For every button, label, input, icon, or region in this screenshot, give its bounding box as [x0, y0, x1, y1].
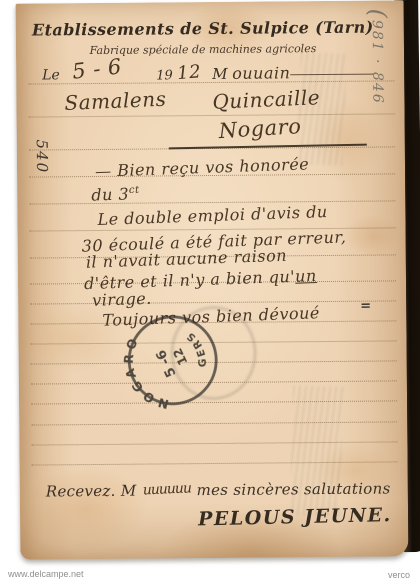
message-line: virage. [92, 289, 152, 310]
ruled-line [29, 200, 395, 204]
message-text: virage. [92, 289, 152, 310]
watermark-seller: verco [388, 570, 410, 580]
handwritten-year: 12 [176, 61, 201, 84]
closing-prefix: Recevez. M [46, 482, 137, 501]
postcard: Etablissements de St. Sulpice (Tarn) Fab… [16, 0, 409, 559]
flourish-text: ouuain [232, 63, 290, 83]
message-line: — Bien reçu vos honorée [95, 154, 310, 180]
message-superscript: ct [129, 185, 140, 196]
message-text: du 3 [91, 184, 129, 204]
margin-note-left: 540 [33, 139, 51, 174]
margin-note-right: (981 · 846 [364, 8, 393, 104]
message-underlined: un [295, 266, 317, 286]
ruled-line [31, 441, 397, 445]
message-line: Le double emploi d'avis du [97, 202, 328, 229]
margin-note-paren: ( [364, 8, 392, 20]
message-text: — Bien reçu vos honorée [95, 154, 310, 180]
closing-squiggle: uuuuuu [142, 480, 191, 498]
closing-suffix: mes sincères salutations [196, 479, 390, 499]
ruled-line [31, 421, 397, 425]
message-line: du 3ct [91, 184, 140, 205]
handwritten-day: 5 - 6 [71, 54, 123, 83]
ink-smudge [296, 52, 347, 166]
signature: PELOUS JEUNE. [198, 504, 384, 530]
printed-19-label: 19 [156, 68, 173, 83]
addressee-name: Samalens [64, 87, 167, 115]
margin-note-digits: 981 · 846 [369, 20, 386, 105]
ditto-mark: = [360, 299, 371, 314]
postmark-smudge [170, 306, 257, 401]
addressee-city: Nogaro [218, 114, 302, 143]
watermark-delcampe: www.delcampe.net [8, 569, 84, 579]
printed-le-label: Le [42, 67, 60, 83]
ruled-line [32, 461, 398, 465]
message-text: Le double emploi d'avis du [97, 202, 328, 229]
company-title: Etablissements de St. Sulpice (Tarn) [16, 17, 390, 39]
ruled-line [30, 300, 396, 304]
printed-m-label: M [212, 65, 228, 83]
closing-line: Recevez. M uuuuuu mes sincères salutatio… [46, 479, 391, 500]
